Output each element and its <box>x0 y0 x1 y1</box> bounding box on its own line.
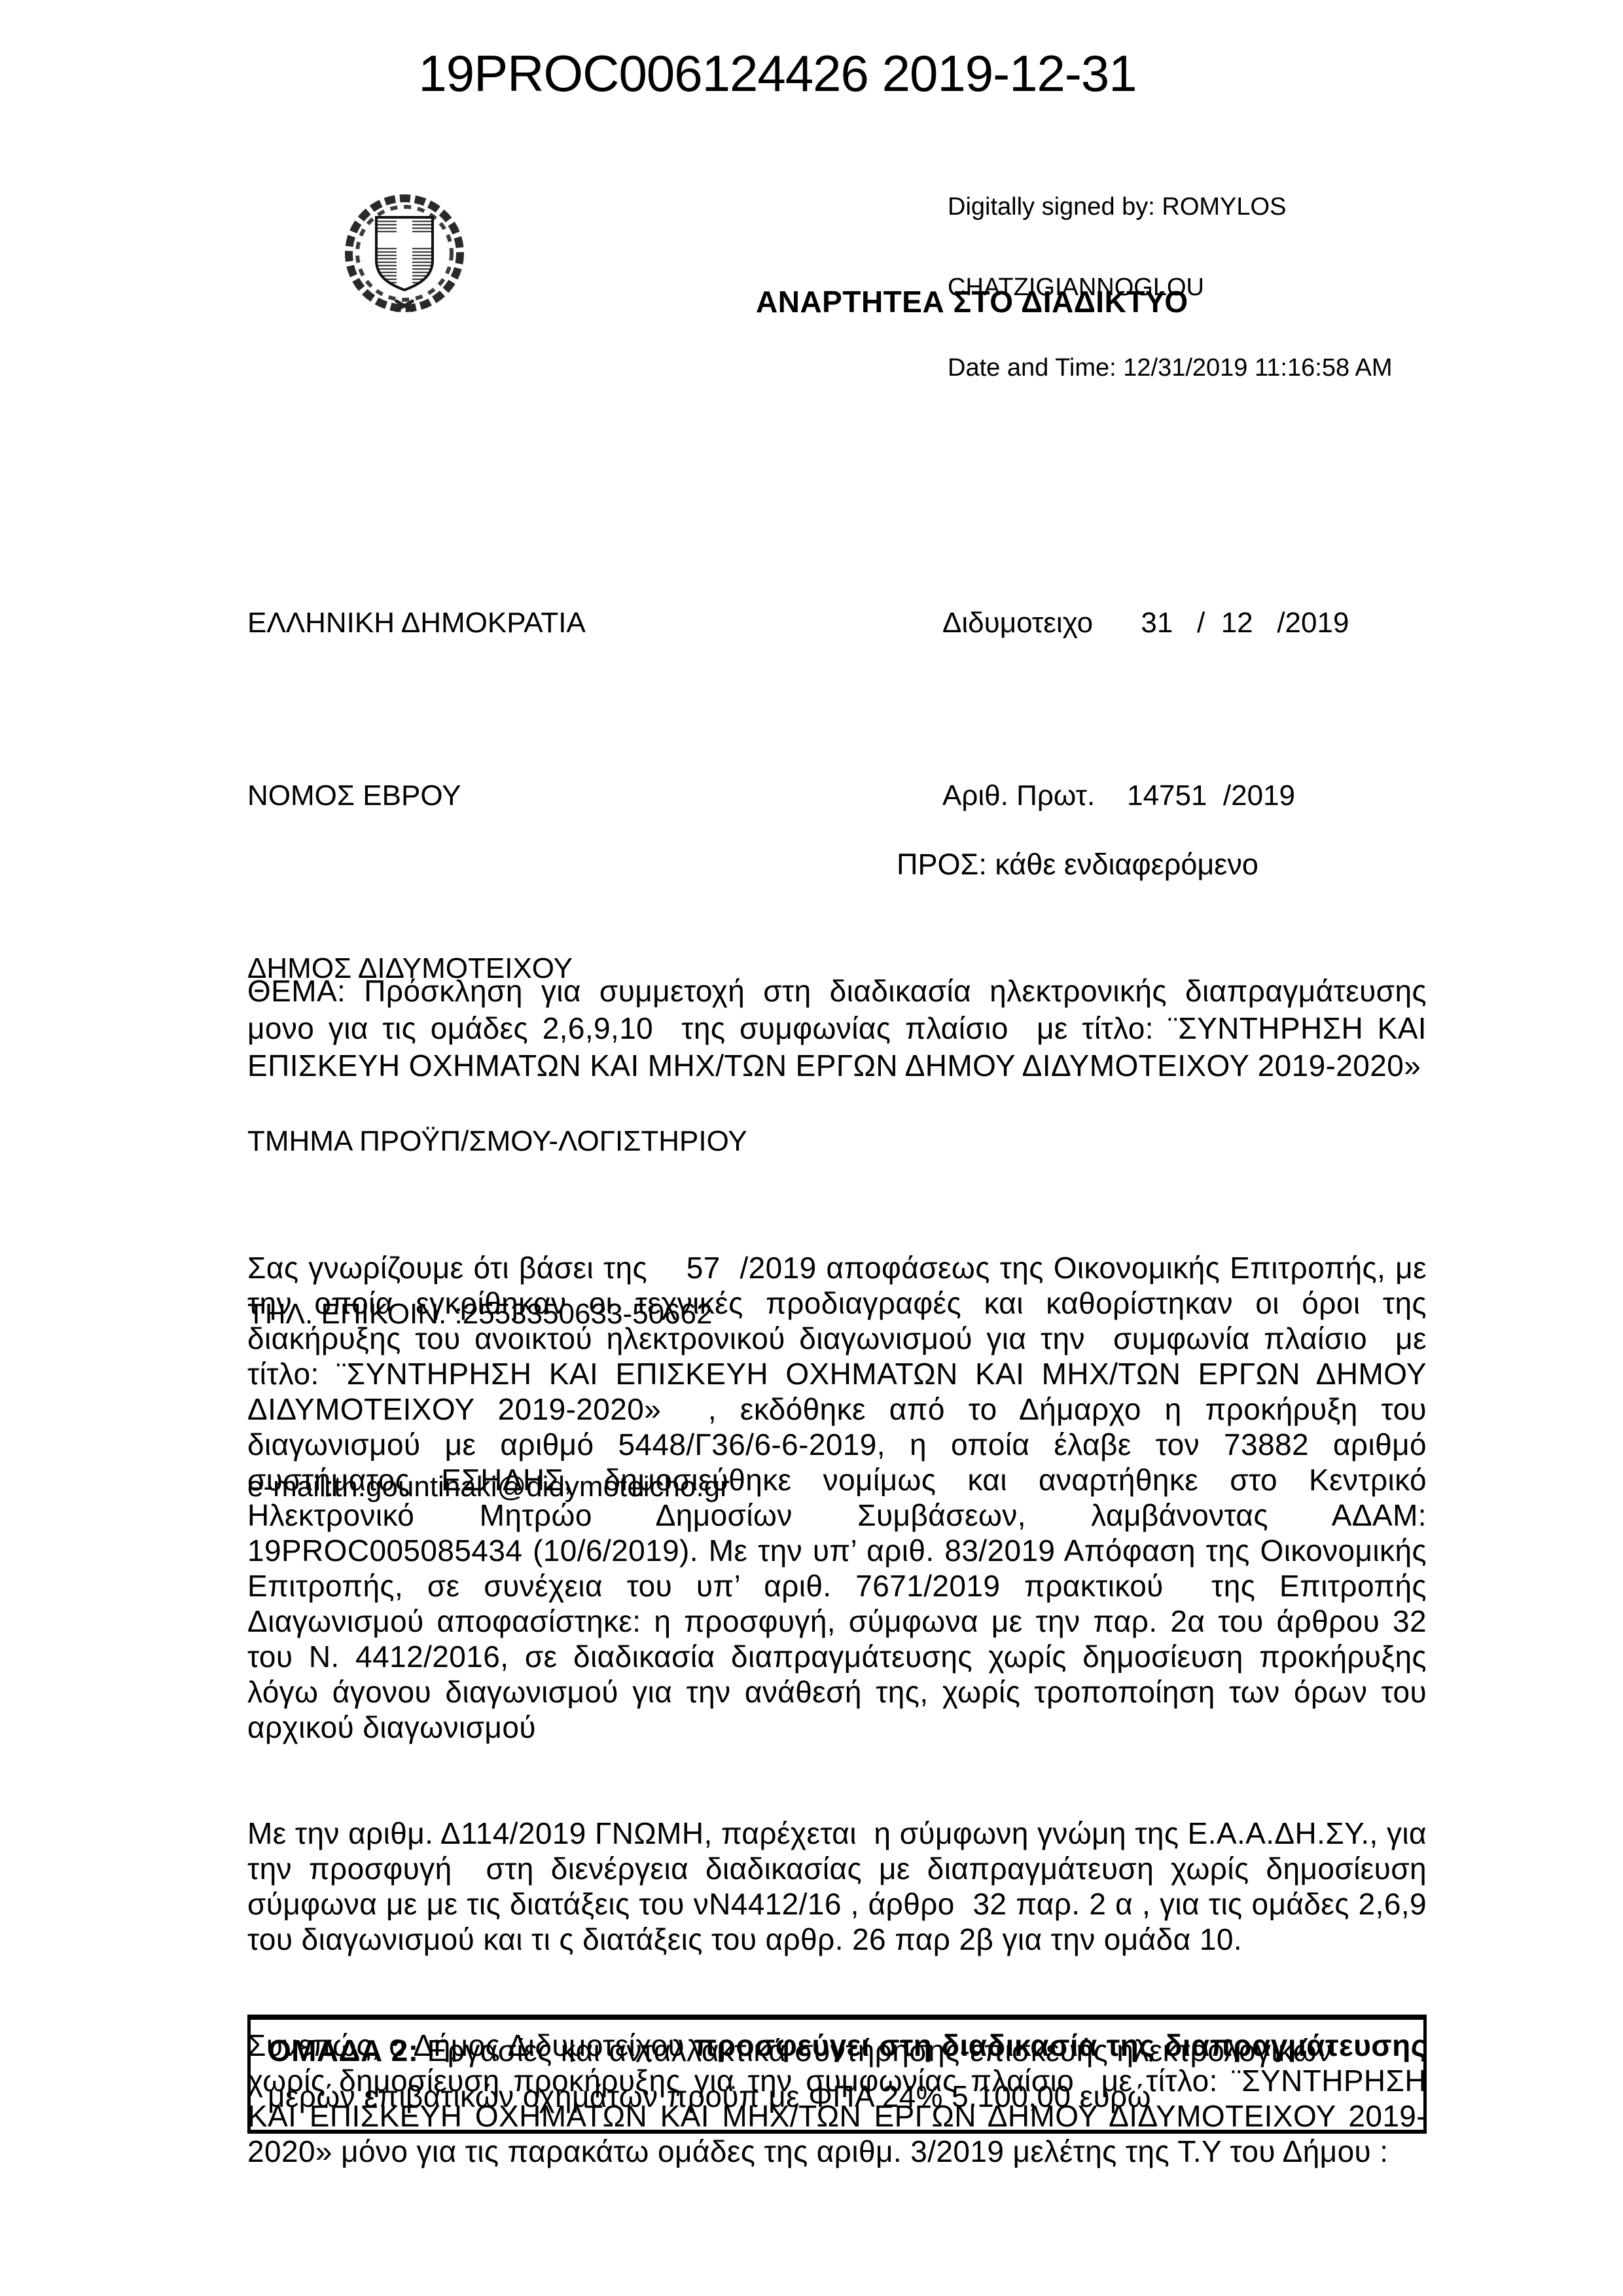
adam-registry-header: 19PROC006124426 2019-12-31 <box>0 46 1555 101</box>
posted-on-internet-notice: ΑΝΑΡΤΗΤΕΑ ΣΤΟ ΔΙΑΔΙΚΤΥΟ <box>756 285 1188 318</box>
document-page: 19PROC006124426 2019-12-31 Digitally sig… <box>0 0 1623 2296</box>
protocol-number-line: Αριθ. Πρωτ. 14751 /2019 <box>942 767 1349 825</box>
signature-signer-line: Digitally signed by: ROMYLOS <box>948 194 1393 221</box>
sender-line-prefecture: ΝΟΜΟΣ ΕΒΡΟΥ <box>247 767 747 825</box>
sender-line-department: ΤΜΗΜΑ ΠΡΟΫΠ/ΣΜΟΥ-ΛΟΓΙΣΤΗΡΙΟΥ <box>247 1113 747 1170</box>
city-date-line: Διδυμοτειχο 31 / 12 /2019 <box>942 594 1349 652</box>
body-paragraph-1: Σας γνωρίζουμε ότι βάσει της 57 /2019 απ… <box>247 1250 1427 1745</box>
sender-line-republic: ΕΛΛΗΝΙΚΗ ΔΗΜΟΚΡΑΤΙΑ <box>247 594 747 652</box>
recipient-line: ΠΡΟΣ: κάθε ενδιαφερόμενο <box>897 847 1258 882</box>
group-2-label: ΟΜΑΔΑ 2: <box>268 2034 418 2068</box>
greek-coat-of-arms-icon <box>339 192 470 314</box>
group-2-box: ΟΜΑΔΑ 2: Εργασίες και ανταλλακτικά συντή… <box>247 2015 1427 2134</box>
signature-datetime-line: Date and Time: 12/31/2019 11:16:58 AM <box>948 355 1393 382</box>
subject-paragraph: ΘΕΜΑ: Πρόσκληση για συμμετοχή στη διαδικ… <box>247 973 1427 1085</box>
body-paragraph-2: Με την αριθμ. Δ114/2019 ΓΝΩΜΗ, παρέχεται… <box>247 1816 1427 1957</box>
group-2-description: Εργασίες και ανταλλακτικά συντήρησης-επι… <box>268 2034 1332 2113</box>
